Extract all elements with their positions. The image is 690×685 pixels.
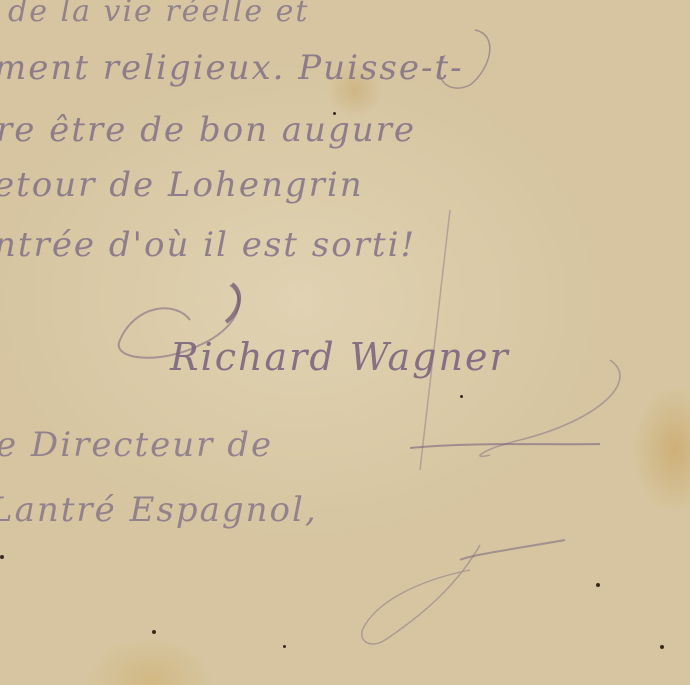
text-line-1: de la vie réelle et xyxy=(8,0,309,29)
signature: Richard Wagner xyxy=(170,335,510,379)
paper-speck xyxy=(0,555,4,559)
paper-speck xyxy=(660,645,664,649)
text-line-8: Lantré Espagnol, xyxy=(0,490,318,530)
text-line-5: ntrée d'où il est sorti! xyxy=(0,225,416,265)
text-line-7: e Directeur de xyxy=(0,425,273,465)
text-line-4: etour de Lohengrin xyxy=(0,165,364,205)
paper-speck xyxy=(283,645,286,648)
paper-speck xyxy=(596,583,600,587)
paper-speck xyxy=(152,630,156,634)
paper-speck xyxy=(460,395,463,398)
paper-speck xyxy=(333,112,336,115)
text-line-3: re être de bon augure xyxy=(0,110,416,150)
text-line-2: ment religieux. Puisse-t- xyxy=(0,48,464,88)
letter-page: de la vie réelle et ment religieux. Puis… xyxy=(0,0,690,685)
